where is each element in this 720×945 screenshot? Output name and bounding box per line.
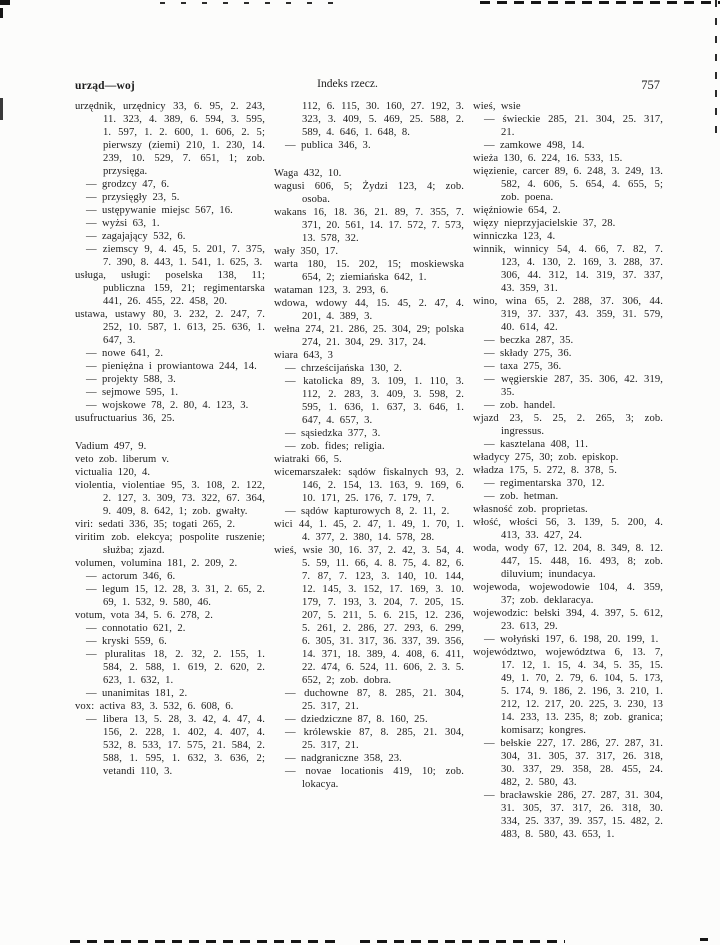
index-entry: wojewodzic: bełski 394, 4. 397, 5. 612, …	[473, 607, 663, 633]
index-entry: — zob. hetman.	[473, 490, 663, 503]
scan-artifact-top-left-blob	[0, 0, 10, 5]
index-entry: — bracławskie 286, 27. 287, 31. 304, 31.…	[473, 789, 663, 841]
index-entry: — libera 13, 5. 28, 3. 42, 4. 47, 4. 156…	[75, 713, 265, 778]
index-entry: — świeckie 285, 21. 304, 25. 317, 21.	[473, 113, 663, 139]
index-entry: usługa, usługi: poselska 138, 11; public…	[75, 269, 265, 308]
index-entry: woda, wody 67, 12. 204, 8. 349, 8. 12. 4…	[473, 542, 663, 581]
index-entry: votum, vota 34, 5. 6. 278, 2.	[75, 609, 265, 622]
index-entry: wieś, wsie	[473, 100, 663, 113]
scan-artifact-top-middle-dashes	[160, 2, 335, 4]
index-entry: wicemarszałek: sądów fiskalnych 93, 2. 1…	[274, 466, 464, 505]
index-entry: własność zob. proprietas.	[473, 503, 663, 516]
index-entry: więzy nieprzyjacielskie 37, 28.	[473, 217, 663, 230]
index-entry: — publica 346, 3.	[274, 139, 464, 152]
index-entry: — katolicka 89, 3. 109, 1. 110, 3. 112, …	[274, 375, 464, 427]
scan-artifact-bottom-middle-dashes	[360, 940, 565, 943]
section-gap	[75, 425, 265, 440]
index-entry: — dziedziczne 87, 8. 160, 25.	[274, 713, 464, 726]
index-entry: violentia, violentiae 95, 3. 108, 2. 122…	[75, 479, 265, 518]
index-entry: 112, 6. 115, 30. 160, 27. 192, 3. 323, 3…	[274, 100, 464, 139]
index-entry: wieża 130, 6. 224, 16. 533, 15.	[473, 152, 663, 165]
index-entry: wici 44, 1. 45, 2. 47, 1. 49, 1. 70, 1. …	[274, 518, 464, 544]
index-entry: — węgierskie 287, 35. 306, 42. 319, 35.	[473, 373, 663, 399]
index-entry: vox: activa 83, 3. 532, 6. 608, 6.	[75, 700, 265, 713]
index-entry: wojewoda, wojewodowie 104, 4. 359, 37; z…	[473, 581, 663, 607]
index-entry: wakans 16, 18. 36, 21. 89, 7. 355, 7. 37…	[274, 206, 464, 245]
index-column-1: urzędnik, urzędnicy 33, 6. 95, 2. 243, 1…	[75, 100, 265, 778]
scanned-index-page: Indeks rzecz. urząd—woj 757 urzędnik, ur…	[0, 0, 720, 945]
index-entry: — novae locationis 419, 10; zob. lokacya…	[274, 765, 464, 791]
index-entry: wjazd 23, 5. 25, 2. 265, 3; zob. ingress…	[473, 412, 663, 438]
index-entry: winnik, winnicy 54, 4. 66, 7. 82, 7. 123…	[473, 243, 663, 295]
index-entry: — actorum 346, 6.	[75, 570, 265, 583]
index-entry: warta 180, 15. 202, 15; moskiewska 654, …	[274, 258, 464, 284]
index-entry: — chrześcijańska 130, 2.	[274, 362, 464, 375]
index-entry: — legum 15, 12. 28, 3. 31, 2. 65, 2. 69,…	[75, 583, 265, 609]
index-entry: więźniowie 654, 2.	[473, 204, 663, 217]
index-entry: więzienie, carcer 89, 6. 248, 3. 249, 13…	[473, 165, 663, 204]
index-entry: — zob. handel.	[473, 399, 663, 412]
index-entry: — taxa 275, 36.	[473, 360, 663, 373]
index-entry: — zob. fides; religia.	[274, 440, 464, 453]
index-entry: wieś, wsie 30, 16. 37, 2. 42, 3. 54, 4. …	[274, 544, 464, 687]
section-gap	[274, 152, 464, 167]
index-entry: viritim zob. elekcya; pospolite ruszenie…	[75, 531, 265, 557]
index-entry: wełna 274, 21. 286, 25. 304, 29; polska …	[274, 323, 464, 349]
index-entry: Vadium 497, 9.	[75, 440, 265, 453]
index-entry: — kryski 559, 6.	[75, 635, 265, 648]
index-entry: — składy 275, 36.	[473, 347, 663, 360]
index-entry: — bełskie 227, 17. 286, 27. 287, 31. 304…	[473, 737, 663, 789]
scan-artifact-left-edge-mark-1	[0, 8, 3, 18]
index-entry: usufructuarius 36, 25.	[75, 412, 265, 425]
index-entry: województwo, województwa 6, 13. 7, 17. 1…	[473, 646, 663, 737]
index-entry: — sejmowe 595, 1.	[75, 386, 265, 399]
index-entry: victualia 120, 4.	[75, 466, 265, 479]
index-entry: volumen, volumina 181, 2. 209, 2.	[75, 557, 265, 570]
index-entry: — pluralitas 18, 2. 32, 2. 155, 1. 584, …	[75, 648, 265, 687]
index-entry: władza 175, 5. 272, 8. 378, 5.	[473, 464, 663, 477]
index-entry: winniczka 123, 4.	[473, 230, 663, 243]
index-column-3: wieś, wsie— świeckie 285, 21. 304, 25. 3…	[473, 100, 663, 841]
page-title: Indeks rzecz.	[75, 78, 620, 90]
index-entry: — ziemscy 9, 4. 45, 5. 201, 7. 375, 7. 3…	[75, 243, 265, 269]
index-entry: Waga 432, 10.	[274, 167, 464, 180]
index-entry: viri: sedati 336, 35; togati 265, 2.	[75, 518, 265, 531]
scan-artifact-left-edge-mark-2	[0, 98, 3, 120]
index-entry: — sądów kapturowych 8, 2. 11, 2.	[274, 505, 464, 518]
index-entry: — zamkowe 498, 14.	[473, 139, 663, 152]
index-entry: włość, włości 56, 3. 139, 5. 200, 4. 413…	[473, 516, 663, 542]
index-entry: — wyżsi 63, 1.	[75, 217, 265, 230]
scan-artifact-top-right-dashes	[480, 1, 720, 4]
index-entry: wataman 123, 3. 293, 6.	[274, 284, 464, 297]
index-entry: — zagajający 532, 6.	[75, 230, 265, 243]
index-entry: — wojskowe 78, 2. 80, 4. 123, 3.	[75, 399, 265, 412]
index-entry: — wołyński 197, 6. 198, 20. 199, 1.	[473, 633, 663, 646]
index-entry: — beczka 287, 35.	[473, 334, 663, 347]
index-entry: — projekty 588, 3.	[75, 373, 265, 386]
page-number: 757	[641, 78, 660, 93]
index-entry: — grodzcy 47, 6.	[75, 178, 265, 191]
index-entry: — przysięgły 23, 5.	[75, 191, 265, 204]
running-head: Indeks rzecz. urząd—woj 757	[75, 78, 660, 93]
index-entry: — kasztelana 408, 11.	[473, 438, 663, 451]
index-entry: — sąsiedzka 377, 3.	[274, 427, 464, 440]
index-entry: — pieniężna i prowiantowa 244, 14.	[75, 360, 265, 373]
index-entry: wdowa, wdowy 44, 15. 45, 2. 47, 4. 201, …	[274, 297, 464, 323]
index-entry: wiatraki 66, 5.	[274, 453, 464, 466]
index-entry: władycy 275, 30; zob. episkop.	[473, 451, 663, 464]
index-column-2: 112, 6. 115, 30. 160, 27. 192, 3. 323, 3…	[274, 100, 464, 791]
index-entry: ustawa, ustawy 80, 3. 232, 2. 247, 7. 25…	[75, 308, 265, 347]
index-entry: — nadgraniczne 358, 23.	[274, 752, 464, 765]
scan-artifact-bottom-right-dot	[700, 938, 708, 941]
index-entry: urzędnik, urzędnicy 33, 6. 95, 2. 243, 1…	[75, 100, 265, 178]
index-entry: wiara 643, 3	[274, 349, 464, 362]
index-entry: — connotatio 621, 2.	[75, 622, 265, 635]
index-entry: wały 350, 17.	[274, 245, 464, 258]
index-entry: wagusi 606, 5; Żydzi 123, 4; zob. osoba.	[274, 180, 464, 206]
scan-artifact-bottom-left-dashes	[70, 940, 335, 943]
index-entry: — duchowne 87, 8. 285, 21. 304, 25. 317,…	[274, 687, 464, 713]
index-entry: wino, wina 65, 2. 288, 37. 306, 44. 319,…	[473, 295, 663, 334]
index-entry: — ustępywanie miejsc 567, 16.	[75, 204, 265, 217]
index-entry: — regimentarska 370, 12.	[473, 477, 663, 490]
index-entry: — królewskie 87, 8. 285, 21. 304, 25. 31…	[274, 726, 464, 752]
scan-artifact-right-edge-dashes	[715, 0, 717, 140]
index-entry: — unanimitas 181, 2.	[75, 687, 265, 700]
index-columns: urzędnik, urzędnicy 33, 6. 95, 2. 243, 1…	[75, 100, 663, 841]
index-entry: veto zob. liberum v.	[75, 453, 265, 466]
index-entry: — nowe 641, 2.	[75, 347, 265, 360]
